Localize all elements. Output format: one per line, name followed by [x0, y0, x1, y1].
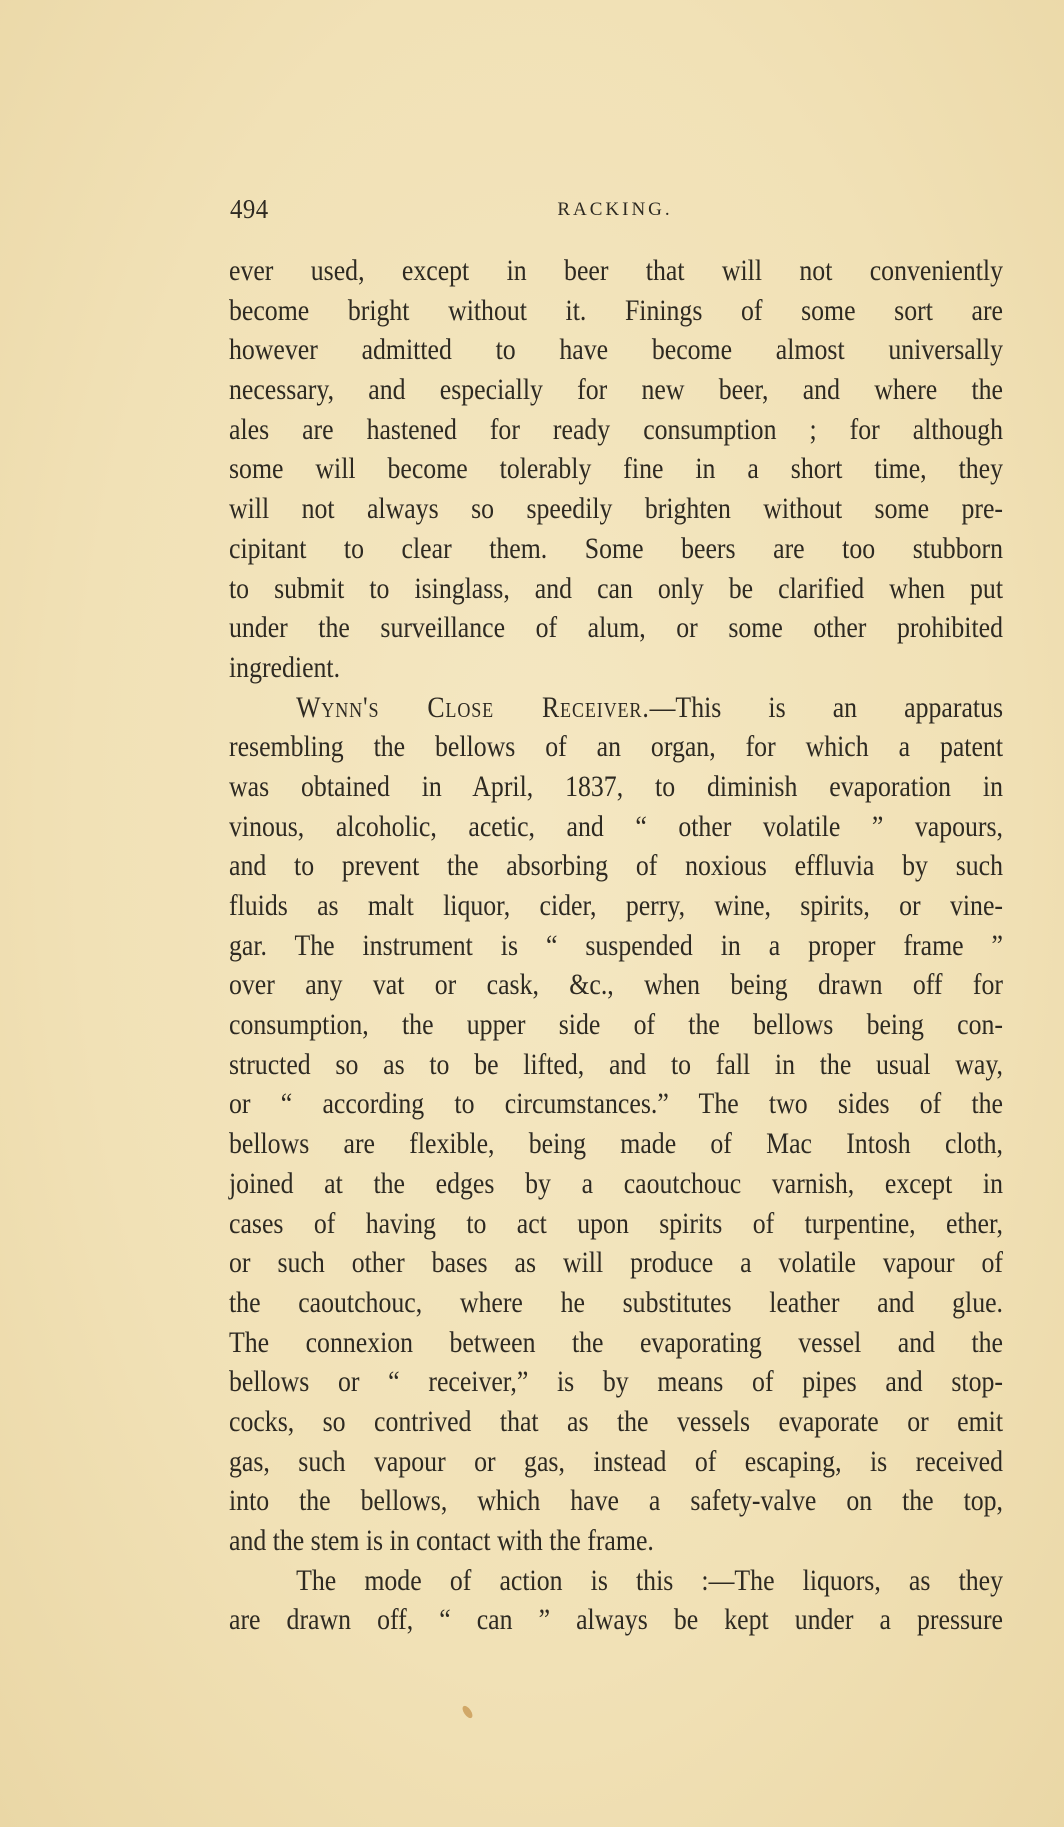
text-line: vinous, alcoholic, acetic, and “ other v…: [229, 807, 1003, 847]
text-line: ingredient.: [229, 648, 1003, 688]
text-line: gar. The instrument is “ suspended in a …: [229, 926, 1003, 966]
text-line: bellows or “ receiver,” is by means of p…: [229, 1362, 1003, 1402]
text-line: however admitted to have become almost u…: [229, 330, 1003, 370]
section-heading-line: Wynn's Close Receiver.—This is an appara…: [229, 688, 1003, 728]
text-line: consumption, the upper side of the bello…: [229, 1005, 1003, 1045]
text-fragment: —This is an apparatus: [650, 691, 1003, 724]
text-line: or “ according to circumstances.” The tw…: [229, 1084, 1003, 1124]
text-line: gas, such vapour or gas, instead of esca…: [229, 1442, 1003, 1482]
text-line: The connexion between the evaporating ve…: [229, 1323, 1003, 1363]
section-heading: Wynn's Close Receiver.: [296, 691, 650, 724]
text-line: resembling the bellows of an organ, for …: [229, 727, 1003, 767]
running-head: RACKING.: [230, 199, 1000, 221]
text-line: joined at the edges by a caoutchouc varn…: [229, 1164, 1003, 1204]
text-line: become bright without it. Finings of som…: [229, 291, 1003, 331]
text-line: to submit to isinglass, and can only be …: [229, 569, 1003, 609]
text-line: cipitant to clear them. Some beers are t…: [229, 529, 1003, 569]
text-line: fluids as malt liquor, cider, perry, win…: [229, 886, 1003, 926]
text-line: under the surveillance of alum, or some …: [229, 608, 1003, 648]
text-line: are drawn off, “ can ” always be kept un…: [229, 1600, 1003, 1640]
body-text: ever used, except in beer that will not …: [229, 251, 1003, 1640]
text-line: ever used, except in beer that will not …: [229, 251, 1003, 291]
text-line: or such other bases as will produce a vo…: [229, 1243, 1003, 1283]
text-line: cases of having to act upon spirits of t…: [229, 1204, 1003, 1244]
text-line: ales are hastened for ready consumption …: [229, 410, 1003, 450]
text-line: into the bellows, which have a safety-va…: [229, 1481, 1003, 1521]
text-line: over any vat or cask, &c., when being dr…: [229, 965, 1003, 1005]
text-line: cocks, so contrived that as the vessels …: [229, 1402, 1003, 1442]
text-line: necessary, and especially for new beer, …: [229, 370, 1003, 410]
text-line: bellows are flexible, being made of Mac …: [229, 1124, 1003, 1164]
text-line: the caoutchouc, where he substitutes lea…: [229, 1283, 1003, 1323]
page-header: 494 RACKING.: [230, 194, 1000, 234]
text-line: will not always so speedily brighten wit…: [229, 489, 1003, 529]
text-line: was obtained in April, 1837, to diminish…: [229, 767, 1003, 807]
text-line: structed so as to be lifted, and to fall…: [229, 1045, 1003, 1085]
text-line: The mode of action is this :—The liquors…: [229, 1561, 1003, 1601]
paper-stain: [461, 1704, 475, 1719]
text-line: and to prevent the absorbing of noxious …: [229, 846, 1003, 886]
text-line: and the stem is in contact with the fram…: [229, 1521, 1003, 1561]
text-line: some will become tolerably fine in a sho…: [229, 449, 1003, 489]
